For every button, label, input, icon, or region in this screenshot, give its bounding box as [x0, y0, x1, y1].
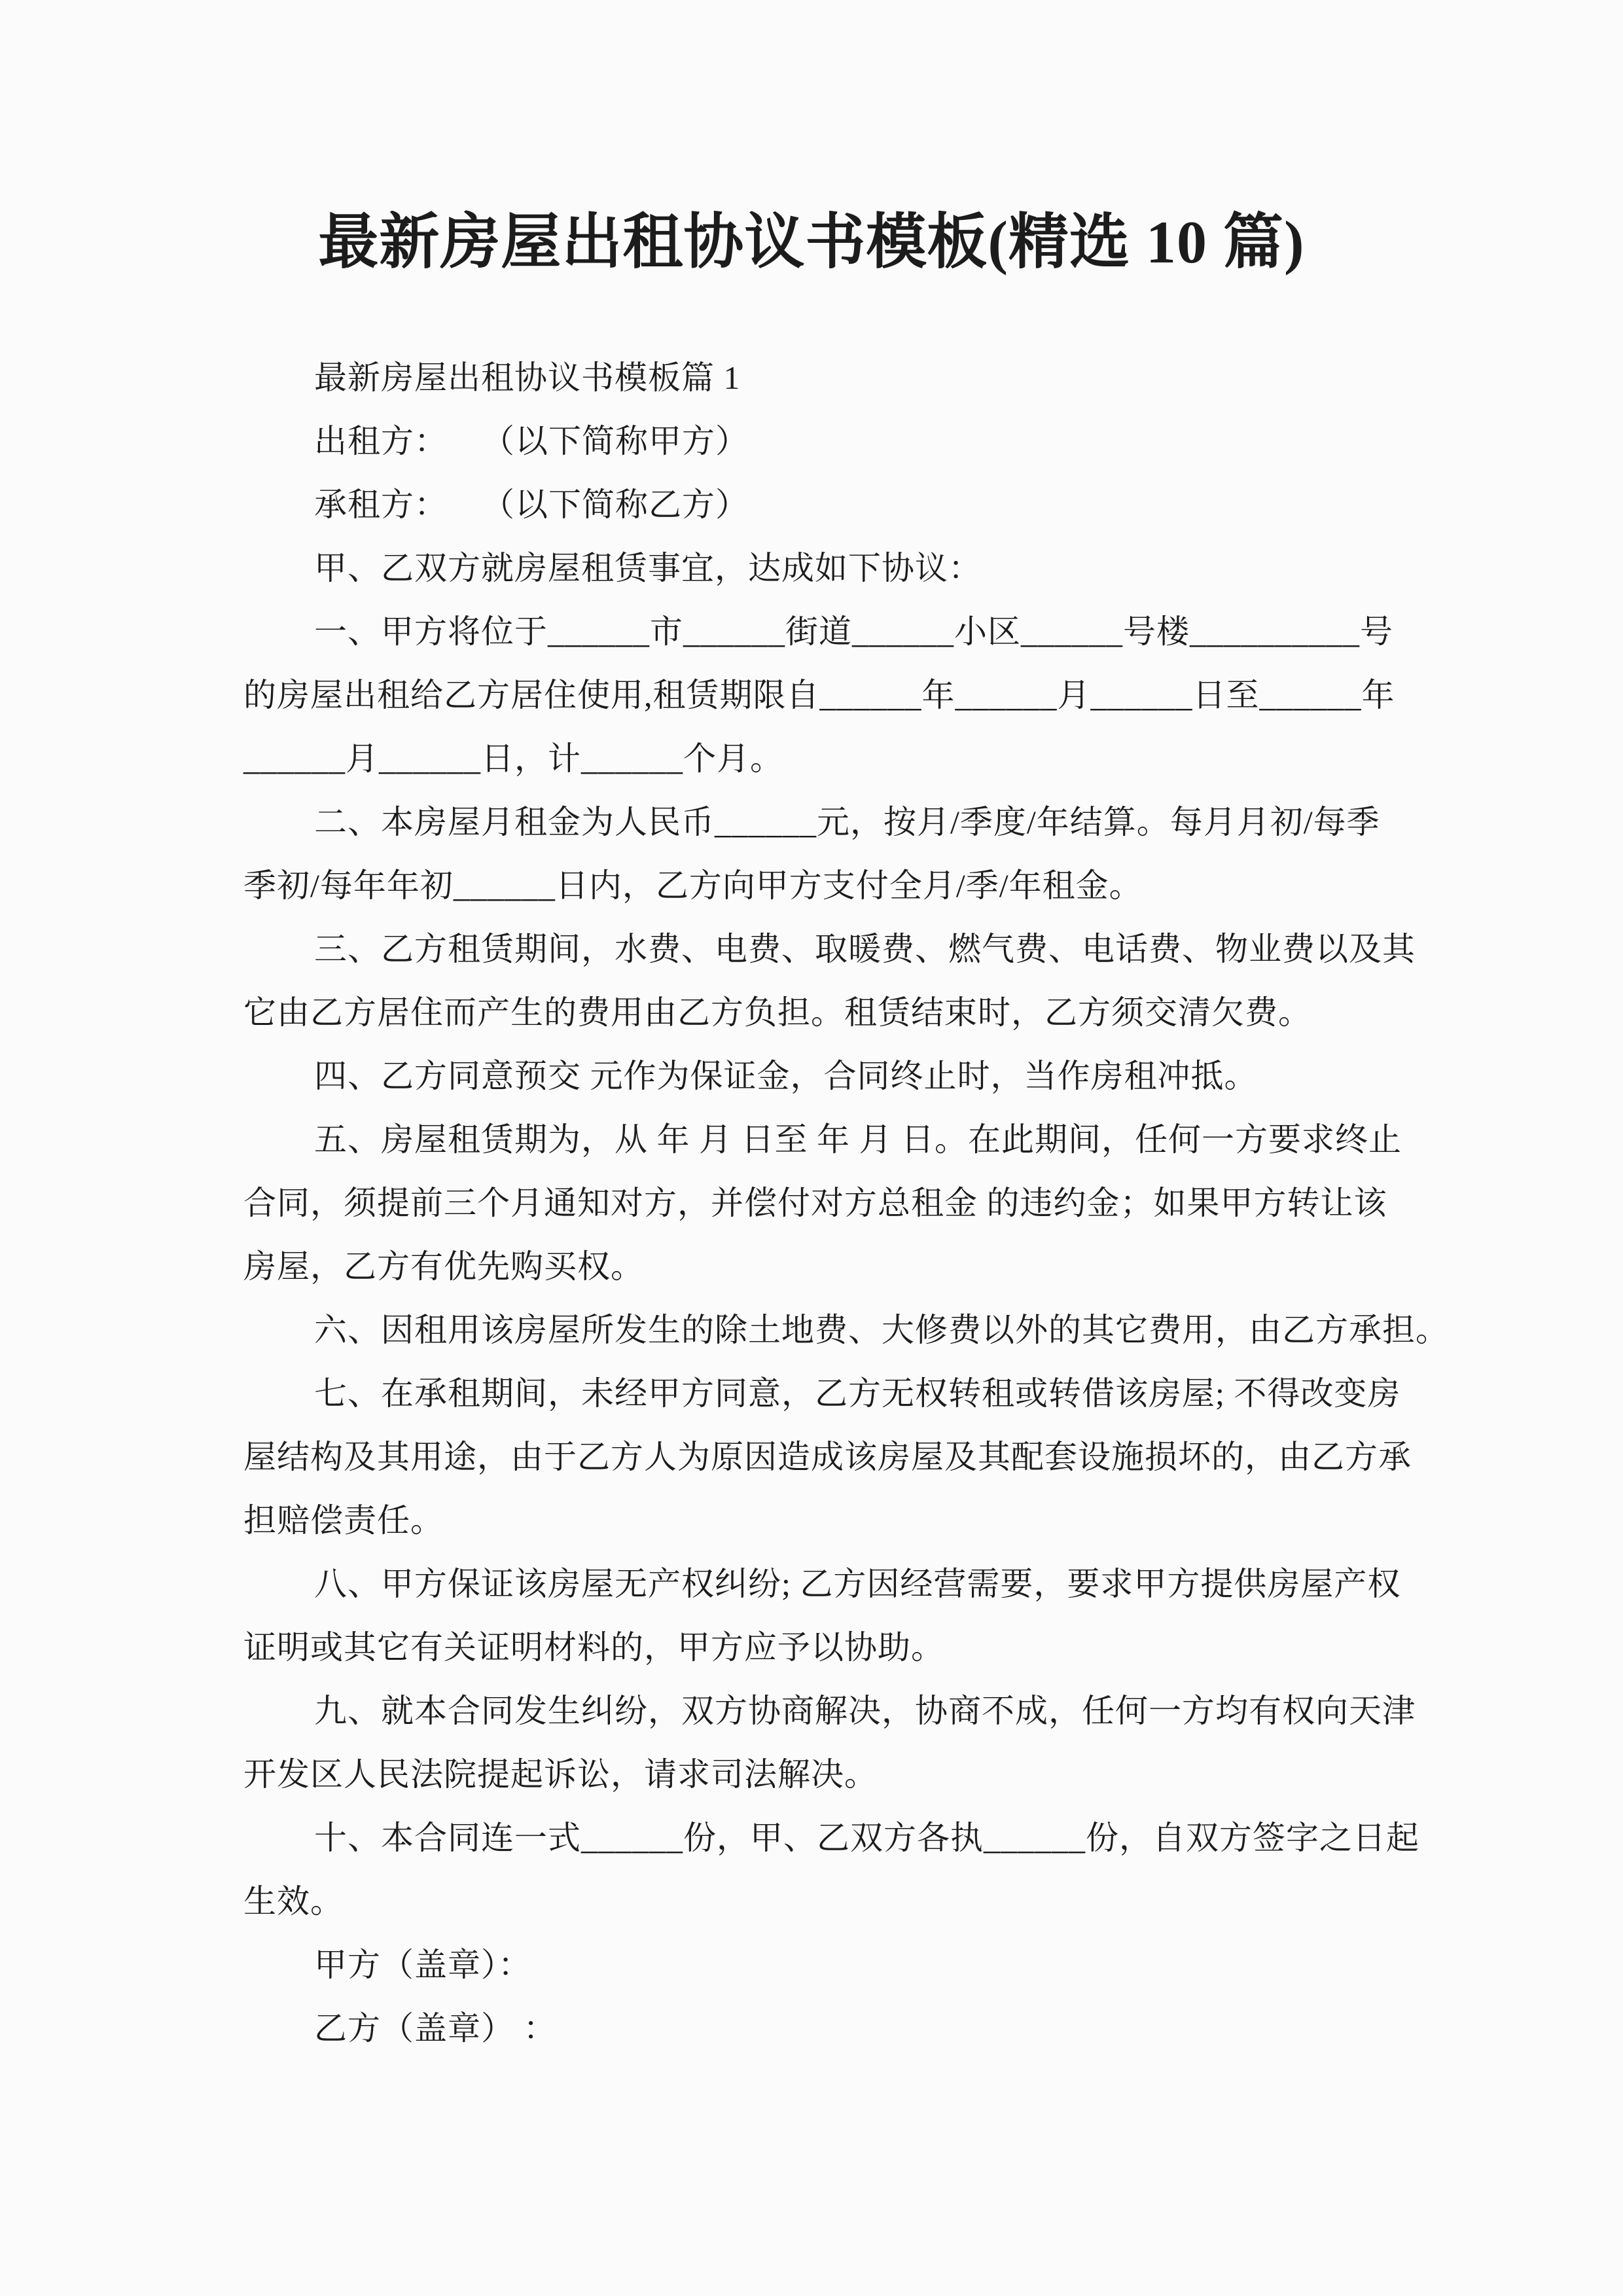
text-line: 七、在承租期间，未经甲方同意，乙方无权转租或转借该房屋; 不得改变房	[243, 1362, 1385, 1426]
text-line: 一、甲方将位于______市______街道______小区______号楼__…	[243, 600, 1385, 664]
text-line: 五、房屋租赁期为，从 年 月 日至 年 月 日。在此期间，任何一方要求终止	[243, 1108, 1385, 1172]
text-line: 甲、乙双方就房屋租赁事宜，达成如下协议：	[243, 537, 1385, 600]
text-line: 出租方： （以下简称甲方）	[243, 410, 1385, 473]
text-line: 的房屋出租给乙方居住使用,租赁期限自______年______月______日至…	[243, 664, 1385, 727]
page-title: 最新房屋出租协议书模板(精选 10 篇)	[0, 194, 1623, 280]
text-line: 房屋，乙方有优先购买权。	[243, 1235, 1385, 1299]
text-line: 三、乙方租赁期间，水费、电费、取暖费、燃气费、电话费、物业费以及其	[243, 918, 1385, 981]
document-body: 最新房屋出租协议书模板篇 1出租方： （以下简称甲方）承租方： （以下简称乙方）…	[243, 346, 1385, 2060]
text-line: 屋结构及其用途，由于乙方人为原因造成该房屋及其配套设施损坏的，由乙方承	[243, 1426, 1385, 1489]
text-line: 八、甲方保证该房屋无产权纠纷; 乙方因经营需要，要求甲方提供房屋产权	[243, 1552, 1385, 1616]
text-line: 最新房屋出租协议书模板篇 1	[243, 346, 1385, 410]
document-page: 最新房屋出租协议书模板(精选 10 篇) 最新房屋出租协议书模板篇 1出租方： …	[0, 0, 1623, 2296]
text-line: 四、乙方同意预交 元作为保证金，合同终止时，当作房租冲抵。	[243, 1045, 1385, 1108]
text-line: 二、本房屋月租金为人民币______元，按月/季度/年结算。每月月初/每季	[243, 791, 1385, 854]
text-line: 合同，须提前三个月通知对方，并偿付对方总租金 的违约金；如果甲方转让该	[243, 1172, 1385, 1235]
text-line: 十、本合同连一式______份，甲、乙双方各执______份，自双方签字之日起	[243, 1806, 1385, 1870]
text-line: 甲方（盖章）：	[243, 1933, 1385, 1997]
text-line: 担赔偿责任。	[243, 1489, 1385, 1552]
text-line: 开发区人民法院提起诉讼，请求司法解决。	[243, 1743, 1385, 1806]
text-line: 它由乙方居住而产生的费用由乙方负担。租赁结束时，乙方须交清欠费。	[243, 981, 1385, 1045]
text-line: ______月______日，计______个月。	[243, 727, 1385, 791]
text-line: 季初/每年年初______日内，乙方向甲方支付全月/季/年租金。	[243, 854, 1385, 918]
text-line: 乙方（盖章） ：	[243, 1997, 1385, 2060]
text-line: 证明或其它有关证明材料的，甲方应予以协助。	[243, 1616, 1385, 1679]
text-line: 生效。	[243, 1870, 1385, 1933]
text-line: 承租方： （以下简称乙方）	[243, 473, 1385, 537]
text-line: 九、就本合同发生纠纷，双方协商解决，协商不成，任何一方均有权向天津	[243, 1679, 1385, 1743]
text-line: 六、因租用该房屋所发生的除土地费、大修费以外的其它费用，由乙方承担。	[243, 1299, 1385, 1362]
